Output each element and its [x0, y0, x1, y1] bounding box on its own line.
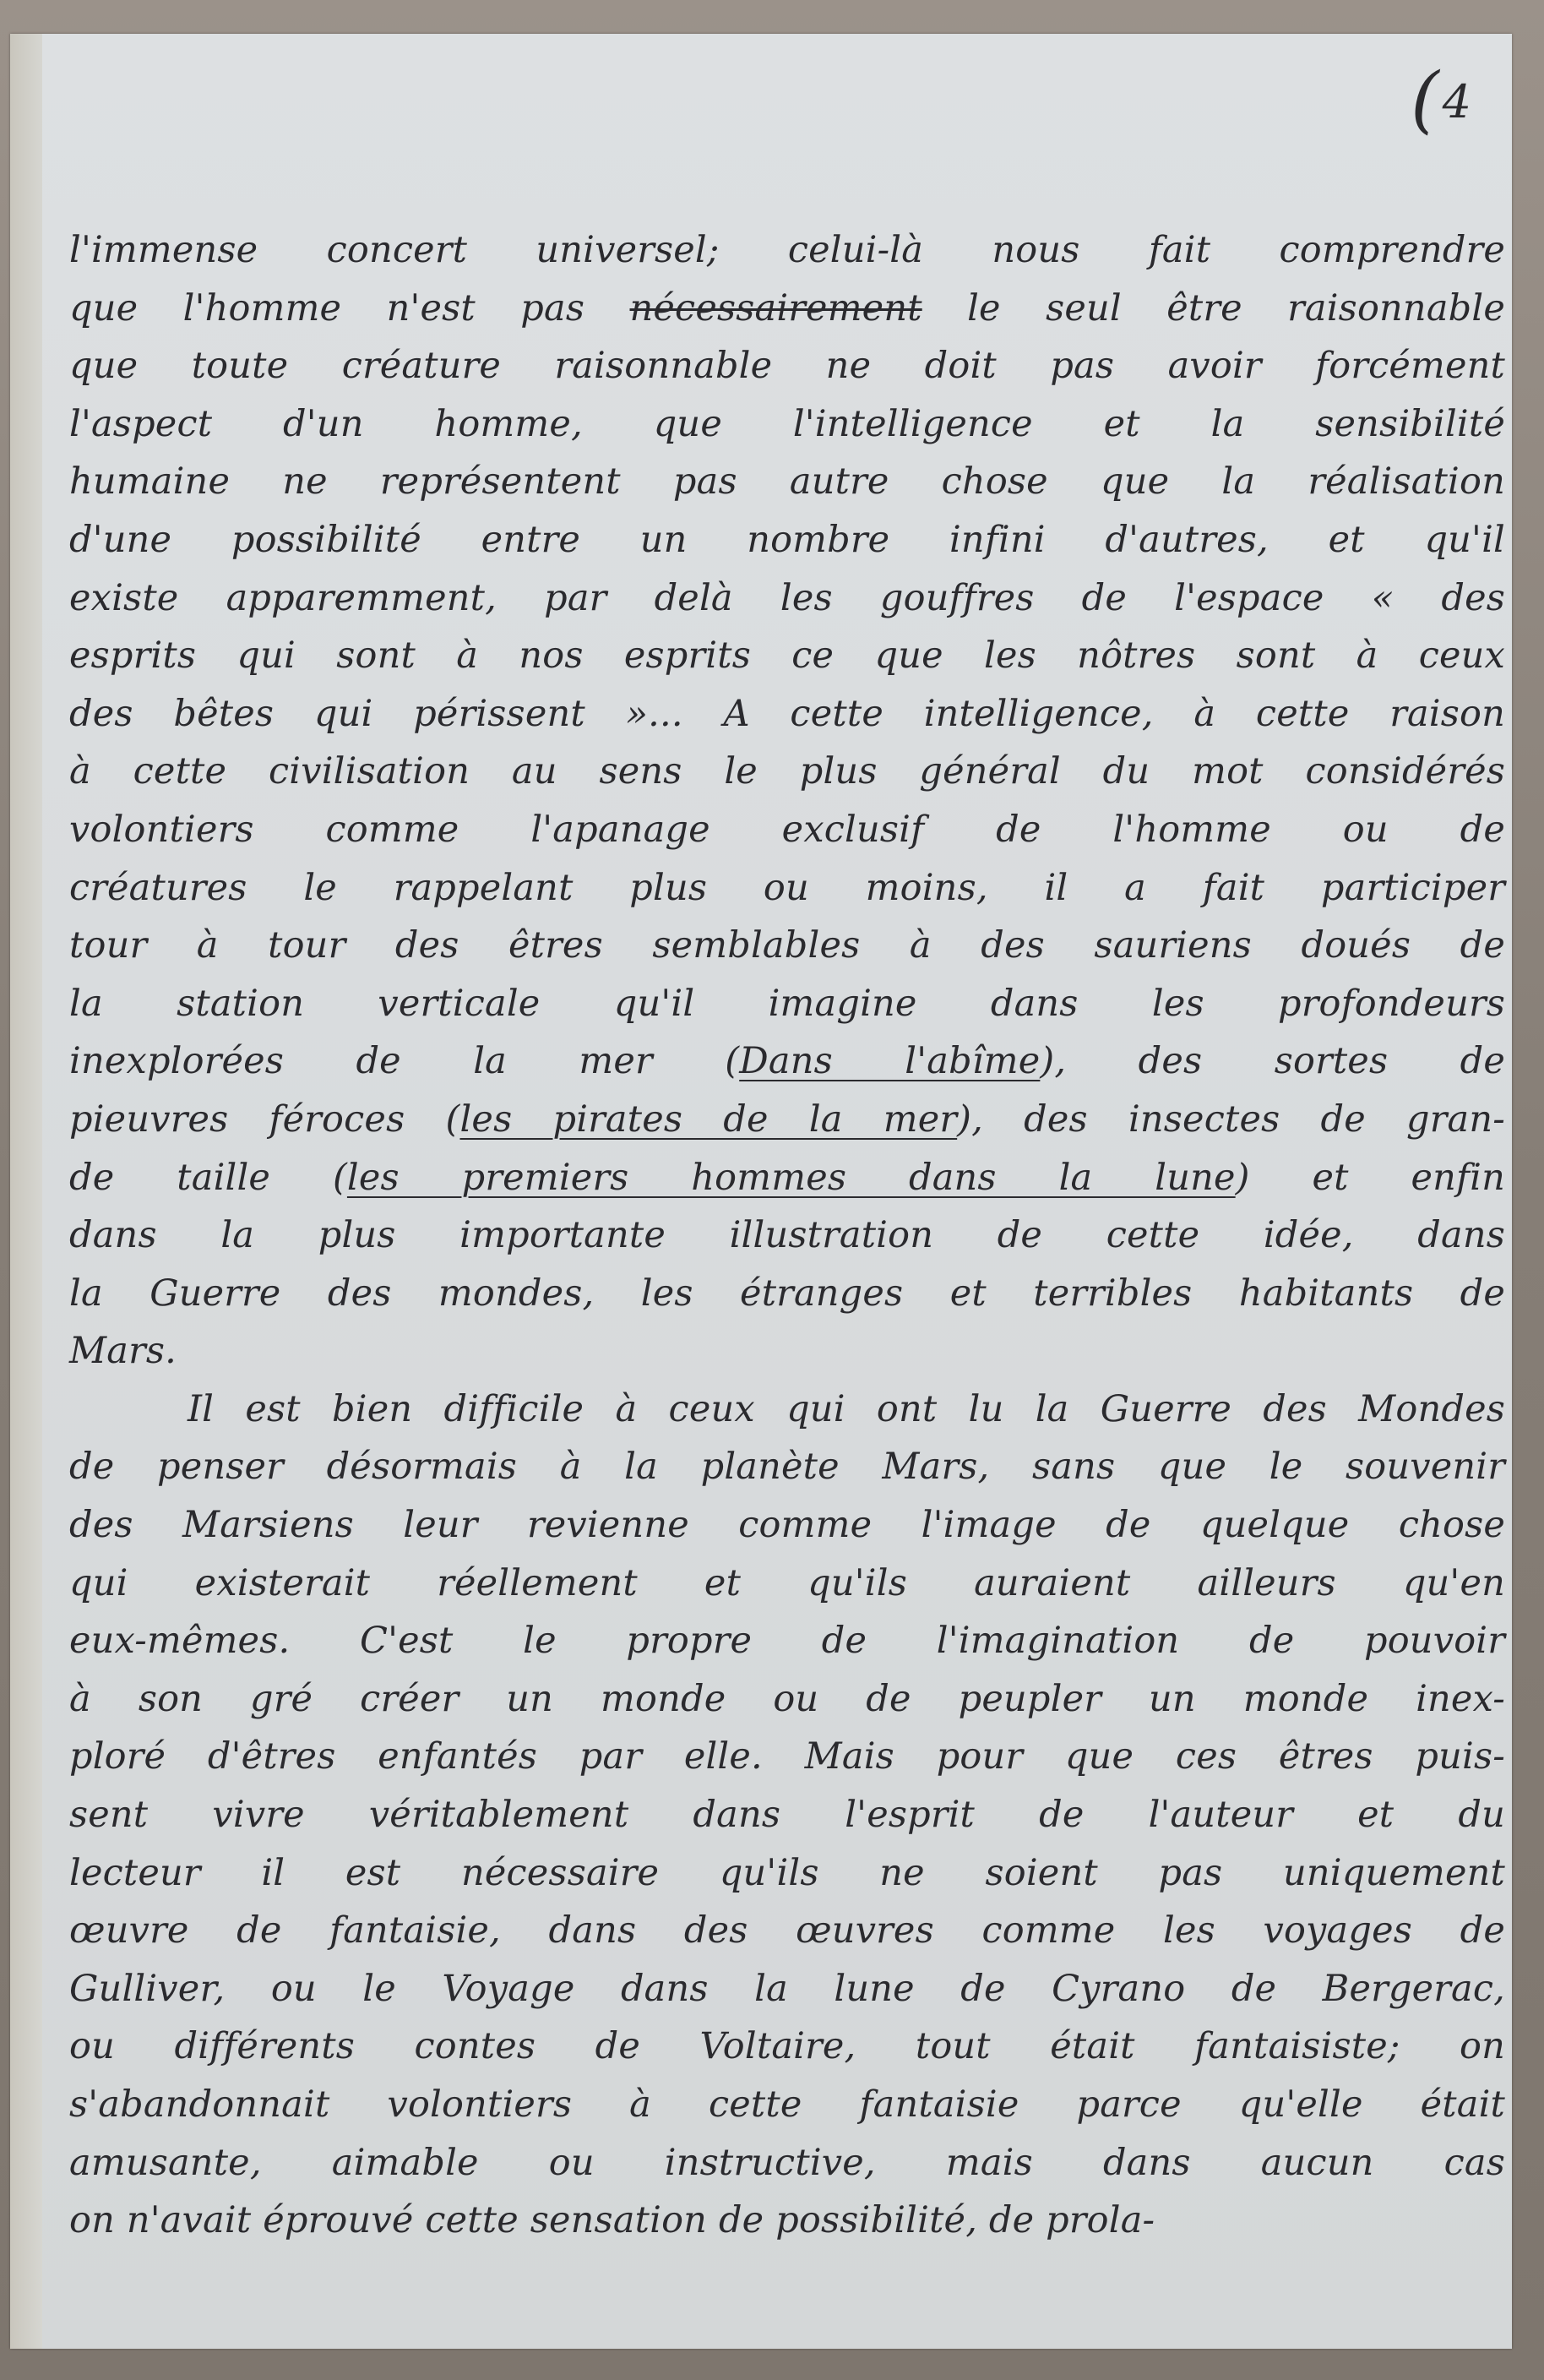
- underlined-title: les pirates de la mer: [459, 1098, 957, 1141]
- line-text: sent vivre véritablement dans l'esprit d…: [69, 1794, 1505, 1836]
- line-text: des Marsiens leur revienne comme l'image…: [69, 1504, 1505, 1546]
- manuscript-line: eux-mêmes. C'est le propre de l'imaginat…: [69, 1612, 1505, 1670]
- manuscript-line: à son gré créer un monde ou de peupler u…: [69, 1670, 1505, 1729]
- handwritten-body: l'immense concert universel; celui-là no…: [69, 221, 1505, 2250]
- line-text: existe apparemment, par delà les gouffre…: [69, 577, 1505, 619]
- manuscript-line: ploré d'êtres enfantés par elle. Mais po…: [69, 1728, 1505, 1786]
- line-text: ), des insectes de gran-: [957, 1098, 1505, 1141]
- manuscript-line: existe apparemment, par delà les gouffre…: [69, 569, 1505, 628]
- manuscript-line: des Marsiens leur revienne comme l'image…: [69, 1496, 1505, 1555]
- line-text: le seul être raisonnable: [922, 287, 1505, 329]
- line-text: à son gré créer un monde ou de peupler u…: [69, 1678, 1505, 1720]
- line-text: inexplorées de la mer (: [69, 1040, 739, 1082]
- line-text: Gulliver, ou le Voyage dans la lune de C…: [69, 1968, 1505, 2010]
- line-text: à cette civilisation au sens le plus gén…: [69, 750, 1505, 792]
- line-text: la Guerre des mondes, les étranges et te…: [69, 1272, 1505, 1315]
- manuscript-line: s'abandonnait volontiers à cette fantais…: [69, 2076, 1505, 2134]
- manuscript-line: l'aspect d'un homme, que l'intelligence …: [69, 395, 1505, 454]
- manuscript-line: inexplorées de la mer (Dans l'abîme), de…: [69, 1032, 1505, 1091]
- line-text: la station verticale qu'il imagine dans …: [69, 983, 1505, 1025]
- manuscript-line: d'une possibilité entre un nombre infini…: [69, 511, 1505, 569]
- line-text: créatures le rappelant plus ou moins, il…: [69, 867, 1505, 909]
- manuscript-line: esprits qui sont à nos esprits ce que le…: [69, 627, 1505, 685]
- underlined-title: les premiers hommes dans la lune: [347, 1157, 1236, 1199]
- page-number-bracket: (: [1411, 57, 1439, 142]
- line-text: ) et enfin: [1236, 1157, 1505, 1199]
- line-text: des bêtes qui périssent »... A cette int…: [69, 693, 1505, 735]
- line-text: humaine ne représentent pas autre chose …: [69, 460, 1505, 503]
- manuscript-line: de taille (les premiers hommes dans la l…: [69, 1149, 1505, 1207]
- line-text: amusante, aimable ou instructive, mais d…: [69, 2142, 1505, 2184]
- line-text: s'abandonnait volontiers à cette fantais…: [69, 2083, 1505, 2126]
- manuscript-line: œuvre de fantaisie, dans des œuvres comm…: [69, 1902, 1505, 1960]
- line-text: ou différents contes de Voltaire, tout é…: [69, 2025, 1505, 2067]
- manuscript-line: sent vivre véritablement dans l'esprit d…: [69, 1786, 1505, 1844]
- line-text: qui existerait réellement et qu'ils aura…: [69, 1562, 1505, 1604]
- manuscript-line: tour à tour des êtres semblables à des s…: [69, 917, 1505, 975]
- manuscript-line: ou différents contes de Voltaire, tout é…: [69, 2018, 1505, 2076]
- line-text: volontiers comme l'apanage exclusif de l…: [69, 809, 1505, 851]
- manuscript-line: créatures le rappelant plus ou moins, il…: [69, 859, 1505, 918]
- line-text: que l'homme n'est pas: [69, 287, 630, 329]
- manuscript-line: Gulliver, ou le Voyage dans la lune de C…: [69, 1960, 1505, 2018]
- manuscript-line: qui existerait réellement et qu'ils aura…: [69, 1555, 1505, 1613]
- manuscript-line: à cette civilisation au sens le plus gén…: [69, 743, 1505, 801]
- underlined-title: Dans l'abîme: [739, 1040, 1040, 1082]
- line-text: ploré d'êtres enfantés par elle. Mais po…: [69, 1735, 1505, 1778]
- page-number: (4: [1411, 51, 1471, 135]
- line-text: Mars.: [69, 1330, 177, 1372]
- manuscript-line: la station verticale qu'il imagine dans …: [69, 975, 1505, 1033]
- line-text: pieuvres féroces (: [69, 1098, 459, 1141]
- line-text: de penser désormais à la planète Mars, s…: [69, 1446, 1505, 1488]
- line-text: de taille (: [69, 1157, 347, 1199]
- line-text: Il est bien difficile à ceux qui ont lu …: [188, 1388, 1505, 1430]
- manuscript-line: Mars.: [69, 1322, 1505, 1381]
- manuscript-line: Il est bien difficile à ceux qui ont lu …: [69, 1381, 1505, 1439]
- manuscript-line: que toute créature raisonnable ne doit p…: [69, 337, 1505, 395]
- struck-through-word: nécessairement: [630, 287, 922, 329]
- page-number-value: 4: [1443, 75, 1471, 128]
- manuscript-line: lecteur il est nécessaire qu'ils ne soie…: [69, 1844, 1505, 1903]
- manuscript-line: l'immense concert universel; celui-là no…: [69, 221, 1505, 280]
- manuscript-page: (4 l'immense concert universel; celui-là…: [10, 34, 1512, 2349]
- manuscript-line: pieuvres féroces (les pirates de la mer)…: [69, 1091, 1505, 1149]
- line-text: lecteur il est nécessaire qu'ils ne soie…: [69, 1852, 1505, 1894]
- line-text: l'aspect d'un homme, que l'intelligence …: [69, 403, 1505, 445]
- manuscript-line: la Guerre des mondes, les étranges et te…: [69, 1265, 1505, 1323]
- line-text: on n'avait éprouvé cette sensation de po…: [69, 2199, 1155, 2241]
- line-text: dans la plus importante illustration de …: [69, 1214, 1505, 1256]
- line-text: esprits qui sont à nos esprits ce que le…: [69, 634, 1505, 677]
- manuscript-line: on n'avait éprouvé cette sensation de po…: [69, 2192, 1505, 2250]
- line-text: eux-mêmes. C'est le propre de l'imaginat…: [69, 1620, 1505, 1662]
- manuscript-line: de penser désormais à la planète Mars, s…: [69, 1438, 1505, 1496]
- line-text: œuvre de fantaisie, dans des œuvres comm…: [69, 1909, 1505, 1952]
- line-text: d'une possibilité entre un nombre infini…: [69, 519, 1505, 561]
- manuscript-line: que l'homme n'est pas nécessairement le …: [69, 280, 1505, 338]
- line-text: que toute créature raisonnable ne doit p…: [69, 345, 1505, 387]
- manuscript-line: amusante, aimable ou instructive, mais d…: [69, 2134, 1505, 2192]
- line-text: ), des sortes de: [1040, 1040, 1505, 1082]
- manuscript-line: volontiers comme l'apanage exclusif de l…: [69, 801, 1505, 859]
- line-text: tour à tour des êtres semblables à des s…: [69, 924, 1505, 967]
- manuscript-line: des bêtes qui périssent »... A cette int…: [69, 685, 1505, 743]
- line-text: l'immense concert universel; celui-là no…: [69, 229, 1505, 271]
- manuscript-line: dans la plus importante illustration de …: [69, 1206, 1505, 1265]
- manuscript-line: humaine ne représentent pas autre chose …: [69, 453, 1505, 511]
